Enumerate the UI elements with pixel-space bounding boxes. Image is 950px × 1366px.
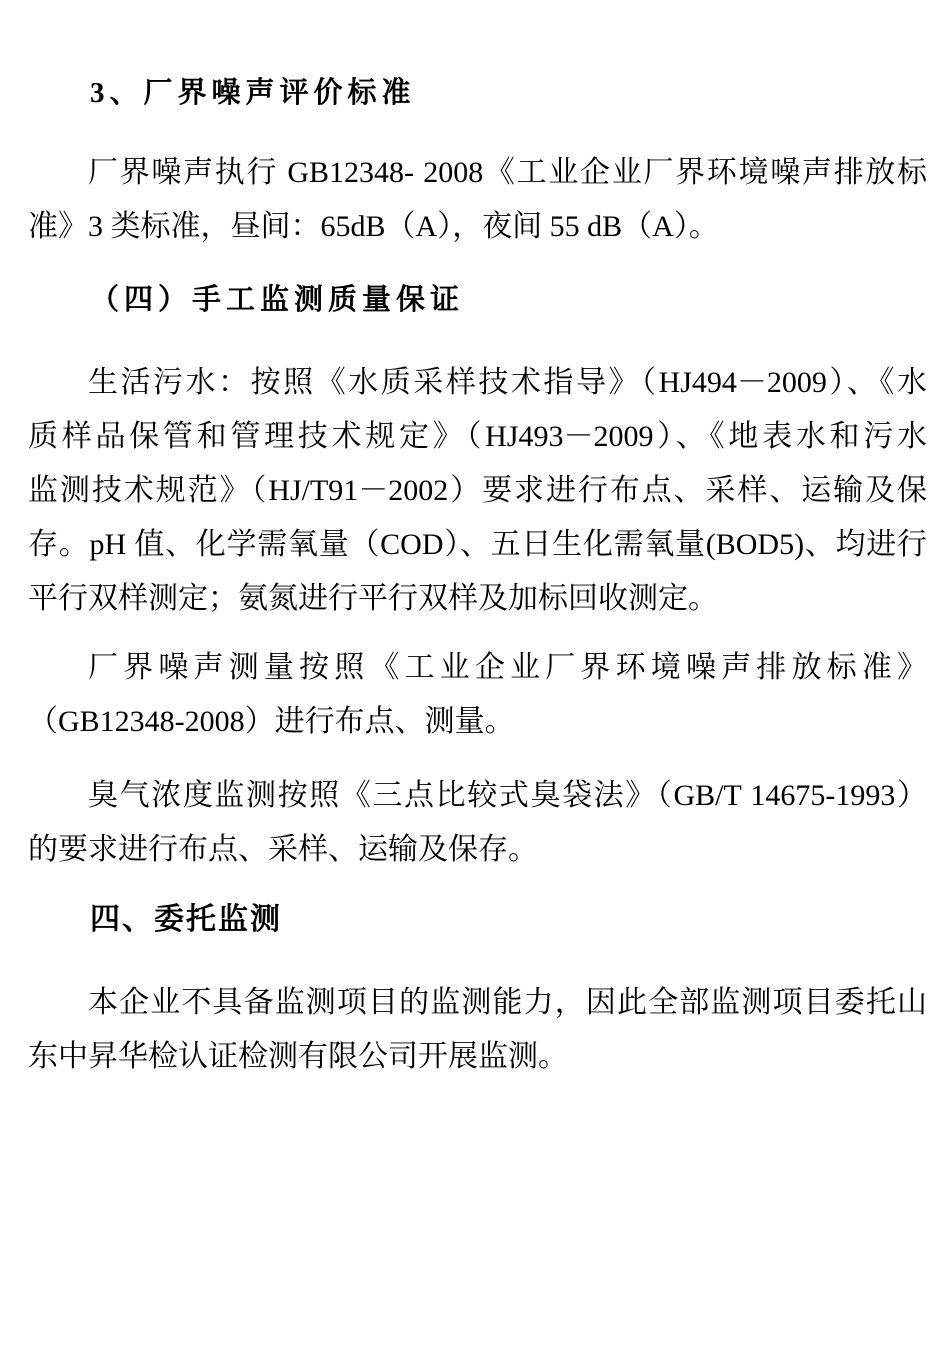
para-wastewater-qa: 生活污水：按照《水质采样技术指导》（HJ494－2009）、《水 质样品保管和管… [28, 356, 927, 626]
para-boundary-noise-measure: 厂界噪声测量按照《工业企业厂界环境噪声排放标准》 （GB12348-2008）进… [28, 641, 927, 749]
heading-entrusted-monitoring: 四、委托监测 [28, 897, 927, 943]
text-line: 东中昇华检认证检测有限公司开展监测。 [28, 1030, 927, 1084]
text-line: 的要求进行布点、采样、运输及保存。 [28, 823, 927, 877]
text-line: 生活污水：按照《水质采样技术指导》（HJ494－2009）、《水 [28, 356, 927, 410]
text-line: 准》3 类标准，昼间：65dB（A），夜间 55 dB（A）。 [28, 200, 927, 254]
heading-noise-eval-standard: 3、厂界噪声评价标准 [28, 70, 927, 116]
text-line: 厂界噪声测量按照《工业企业厂界环境噪声排放标准》 [28, 641, 927, 695]
document-page: 3、厂界噪声评价标准 厂界噪声执行 GB12348- 2008《工业企业厂界环境… [0, 0, 950, 1366]
para-entrusted-monitoring: 本企业不具备监测项目的监测能力，因此全部监测项目委托山 东中昇华检认证检测有限公… [28, 976, 927, 1084]
text-line: 厂界噪声执行 GB12348- 2008《工业企业厂界环境噪声排放标 [28, 146, 927, 200]
heading-manual-monitoring-qa: （四）手工监测质量保证 [28, 277, 927, 323]
text-line: 存。pH 值、化学需氧量（COD）、五日生化需氧量(BOD5)、均进行 [28, 518, 927, 572]
text-line: 臭气浓度监测按照《三点比较式臭袋法》（GB/T 14675-1993） [28, 769, 927, 823]
para-noise-standard: 厂界噪声执行 GB12348- 2008《工业企业厂界环境噪声排放标 准》3 类… [28, 146, 927, 254]
para-odor-monitoring: 臭气浓度监测按照《三点比较式臭袋法》（GB/T 14675-1993） 的要求进… [28, 769, 927, 877]
text-line: 平行双样测定；氨氮进行平行双样及加标回收测定。 [28, 572, 927, 626]
text-line: 监测技术规范》（HJ/T91－2002）要求进行布点、采样、运输及保 [28, 464, 927, 518]
text-line: 本企业不具备监测项目的监测能力，因此全部监测项目委托山 [28, 976, 927, 1030]
text-line: 质样品保管和管理技术规定》（HJ493－2009）、《地表水和污水 [28, 410, 927, 464]
text-line: （GB12348-2008）进行布点、测量。 [28, 695, 927, 749]
document-content: 3、厂界噪声评价标准 厂界噪声执行 GB12348- 2008《工业企业厂界环境… [0, 0, 950, 1084]
